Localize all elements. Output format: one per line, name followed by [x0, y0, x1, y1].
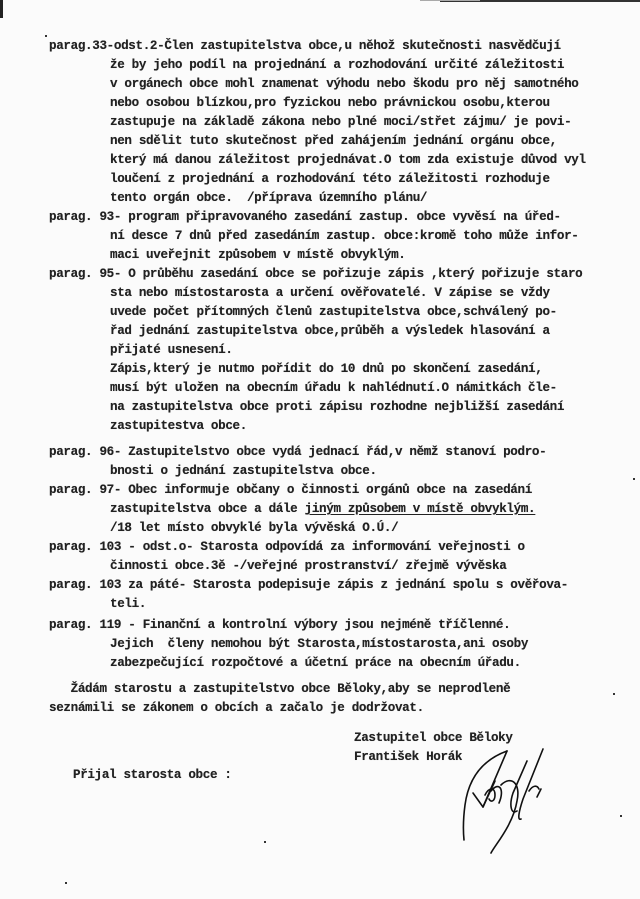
- paragraph-95-line: uvede počet přítomných členů zastupitels…: [110, 305, 557, 319]
- paragraph-33-line: tento orgán obce. /příprava územního plá…: [110, 191, 427, 205]
- paragraph-33-line: loučení z projednání a rozhodování této …: [110, 172, 550, 186]
- scan-speck: [264, 841, 266, 843]
- paragraph-33-line: který má danou záležitost projednávat.O …: [110, 153, 586, 167]
- paragraph-33-line: nen sdělit tuto skutečnost před zahájení…: [110, 134, 557, 148]
- signer-name: František Horák: [354, 750, 462, 764]
- paragraph-103-line: činnosti obce.3ě -/veřejné prostranství/…: [110, 559, 506, 573]
- closing-line: seznámili se zákonem o obcích a začalo j…: [49, 701, 424, 715]
- paragraph-119-line: Jejich členy nemohou být Starosta,místos…: [110, 637, 528, 651]
- paragraph-33-line: zastupuje na základě zákona nebo plné mo…: [110, 115, 571, 129]
- paragraph-95-line: parag. 95- O průběhu zasedání obce se po…: [49, 267, 582, 281]
- underlined-phrase: jiným způsobem v místě obvyklým.: [305, 502, 536, 516]
- paragraph-33-line: nebo osobou blízkou,pro fyzickou nebo pr…: [110, 96, 550, 110]
- paragraph-119-line: parag. 119 - Finanční a kontrolní výbory…: [49, 618, 510, 632]
- scan-speck: [620, 815, 622, 817]
- paragraph-93-line: maci uveřejnit způsobem v místě obvyklým…: [110, 248, 406, 262]
- paragraph-97-line: parag. 97- Obec informuje občany o činno…: [49, 483, 532, 497]
- handwritten-signature: [455, 745, 585, 855]
- paragraph-33-line: v orgánech obce mohl znamenat výhodu neb…: [110, 77, 579, 91]
- paragraph-95-line: přijaté usnesení.: [110, 343, 233, 357]
- paragraph-103b-line: teli.: [110, 597, 146, 611]
- paragraph-95-line: zastupitestva obce.: [110, 419, 247, 433]
- signer-title: Zastupitel obce Běloky: [354, 731, 513, 745]
- closing-line: Žádám starostu a zastupitelstvo obce Běl…: [49, 682, 510, 696]
- scan-speck: [613, 693, 615, 695]
- scanned-document-page: parag.33-odst.2-Člen zastupitelstva obce…: [0, 0, 640, 899]
- paragraph-33-line: parag.33-odst.2-Člen zastupitelstva obce…: [49, 39, 561, 53]
- received-by-label: Přijal starosta obce :: [73, 768, 232, 782]
- paragraph-93-line: ní desce 7 dnů před zasedáním zastup. ob…: [110, 229, 579, 243]
- paragraph-103b-line: parag. 103 za páté- Starosta podepisuje …: [49, 578, 568, 592]
- paragraph-95-line: musí být uložen na obecním úřadu k nahlé…: [110, 381, 557, 395]
- paragraph-119-line: zabezpečující rozpočtové a účetní práce …: [110, 656, 521, 670]
- paragraph-96-line: parag. 96- Zastupitelstvo obce vydá jedn…: [49, 445, 546, 459]
- scan-edge: [420, 0, 480, 1]
- paragraph-97-line: /18 let místo obvyklé byla vývěská O.Ú./: [110, 521, 398, 535]
- paragraph-95-line: řad jednání zastupitelstva obce,průběh a…: [110, 324, 550, 338]
- paragraph-95-line: na zastupitelstva obce proti zápisu rozh…: [110, 400, 564, 414]
- paragraph-95-line: sta nebo místostarosta a určení ověřovat…: [110, 286, 550, 300]
- paragraph-93-line: parag. 93- program připravovaného zasedá…: [49, 210, 561, 224]
- paragraph-33-line: že by jeho podíl na projednání a rozhodo…: [110, 58, 564, 72]
- paragraph-96-line: bnosti o jednání zastupitelstva obce.: [110, 464, 377, 478]
- paragraph-97-text: zastupitelstva obce a dále: [110, 502, 305, 516]
- scan-speck: [45, 35, 47, 37]
- scan-speck: [65, 882, 67, 884]
- paragraph-97-line: zastupitelstva obce a dále jiným způsobe…: [110, 502, 535, 516]
- paragraph-95-line: Zápis,který je nutmo pořídit do 10 dnů p…: [110, 362, 542, 376]
- scan-edge: [0, 0, 3, 18]
- scan-speck: [633, 478, 635, 480]
- paragraph-103-line: parag. 103 - odst.o- Starosta odpovídá z…: [49, 540, 525, 554]
